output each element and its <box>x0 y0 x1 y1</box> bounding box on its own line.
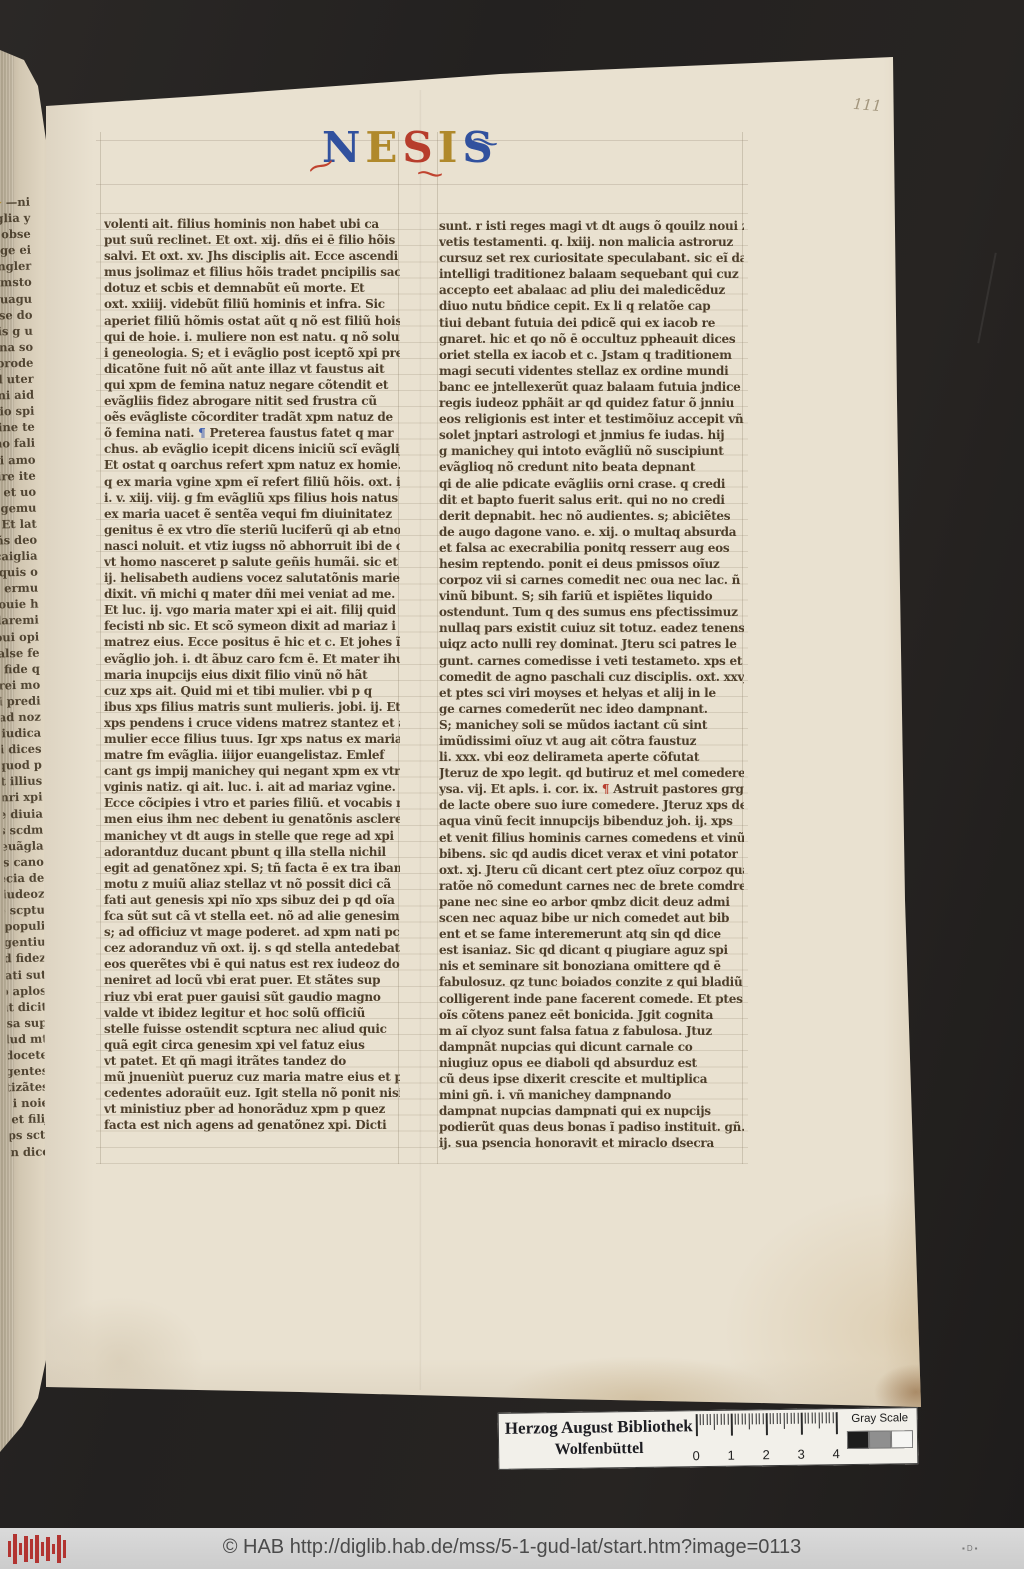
ruling-line-vertical <box>100 132 101 1164</box>
text-line: chus. ab evãglio icepit dicens iniciũ sc… <box>104 441 400 457</box>
text-line: g manichey qui intoto evãgliũ nõ suscipi… <box>439 443 744 459</box>
text-line: vinũ bibunt. S; sih fariũ et ispiẽtes li… <box>439 588 744 604</box>
ruler-number: 3 <box>798 1447 805 1462</box>
ruler-tick <box>787 1413 788 1424</box>
text-line: derit depnabit. hec nõ audientes. s; abi… <box>439 508 744 524</box>
text-line: dixit. vñ michi q mater dñi mei veniat a… <box>104 586 400 602</box>
text-line: dicatõne fuit nõ aũt ante illaz vt faust… <box>104 361 400 377</box>
text-line: evãgliis fidez abrogare nitit sed frustr… <box>104 393 400 409</box>
text-line: iglio obse <box>0 226 31 243</box>
text-line: xps pendens i cruce videns matrez stante… <box>104 715 400 731</box>
gray-swatch <box>891 1430 913 1448</box>
text-line: et falsa ac execrabilia ponitq resserr a… <box>439 540 744 556</box>
text-line: admire ite <box>0 467 36 484</box>
ruler-tick <box>801 1413 803 1435</box>
manuscript-page: ⁓ ⁓ ⁓ NESIS 111 volenti ait. filius homi… <box>0 0 940 1430</box>
text-line: m aĩ clyoz sunt falsa fatua z fabulosa. … <box>439 1023 744 1039</box>
text-line: nasci noluit. et vtiz iugss nõ abhorruit… <box>104 538 400 554</box>
ruler-tick <box>766 1413 768 1435</box>
text-line: nao quis o <box>0 564 38 581</box>
text-line: genitus ē ex vtro dĩe steriũ luciferũ qi… <box>104 522 400 538</box>
text-line: Jteruz de xpo legit. qd butiruz et mel c… <box>439 765 744 781</box>
cm-ruler: 01234 <box>696 1412 847 1463</box>
text-line: o cuangler <box>0 258 32 275</box>
text-line: de lacte obere suo iure comedere. Jteruz… <box>439 797 744 813</box>
text-line: oxt. xxiiij. videbũt filiũ hominis et in… <box>104 296 400 312</box>
text-line: valde vt ibidez legitur et hoc solũ offi… <box>104 1005 400 1021</box>
text-line: fabulosuz. qz tunc boiados conzite z qui… <box>439 974 744 990</box>
text-line: accepto eet abalaac ad pliu dei maledicẽ… <box>439 282 744 298</box>
text-line: evãglio joh. i. dt ãbuz caro fcm ē. Et m… <box>104 651 400 667</box>
pen-flourish: ⁓ <box>414 148 446 199</box>
ruler-tick <box>734 1414 735 1425</box>
ruler-tick <box>713 1414 714 1430</box>
text-line: ns scdm <box>3 821 43 838</box>
text-line: ii dñs deo <box>0 532 37 549</box>
text-line: s ecia de <box>4 869 44 886</box>
text-line: etiã gentiu <box>5 934 45 951</box>
text-line: uocati sut <box>6 966 46 983</box>
text-line: tiui debant futuia dei pdicẽ qui ex iaco… <box>439 315 744 331</box>
gray-scale-swatches <box>847 1430 913 1449</box>
text-line: cez adoranduz vñ oxt. ij. s qd stella an… <box>104 940 400 956</box>
text-line: vt patet. Et qñ magi itrãtes tandez do <box>104 1053 400 1069</box>
text-line: Et luc. ij. vgo maria mater xpi ei ait. … <box>104 602 400 618</box>
text-line: mi predi <box>0 692 40 709</box>
text-line: Et ostat q oarchus refert xpm natuz ex h… <box>104 457 400 473</box>
text-line: ratõe nõ comedunt carnes nec de brete co… <box>439 878 744 894</box>
text-line: Ecce cõcipies i vtro et paries filiũ. et… <box>104 795 400 811</box>
text-line: cuz xps ait. Quid mi et tibi mulier. vbi… <box>104 683 400 699</box>
text-line: scen nec aquaz bibe ur nich comedet aut … <box>439 910 744 926</box>
ruler-tick <box>703 1414 704 1425</box>
ruler-tick <box>710 1414 711 1425</box>
text-line: z et illius <box>2 773 42 790</box>
text-line: et ptes sci viri moyses et helyas et ali… <box>439 685 744 701</box>
ruler-tick <box>773 1413 774 1424</box>
ruler-tick <box>825 1412 826 1423</box>
text-line: eos i noie <box>9 1095 49 1112</box>
text-line: et venit filius hominis carnes comedens … <box>439 830 744 846</box>
text-line: amen dico <box>10 1143 50 1160</box>
text-line: hesim reptendo. ponit ei deus pmissos oĩ… <box>439 556 744 572</box>
text-line: oxt. xj. Jteru cũ dicant cert ptez oĩuz … <box>439 862 744 878</box>
text-line: adorantduz ducant pbunt q illa stella ni… <box>104 844 400 860</box>
text-line: ne diuia <box>3 805 43 822</box>
ruler-tick <box>727 1414 728 1425</box>
ruler-tick <box>822 1412 823 1423</box>
folio-number: 111 <box>852 95 882 115</box>
running-title-nesis: ⁓ ⁓ ⁓ NESIS <box>322 124 498 172</box>
text-line: colligerent inde pane facerent comede. E… <box>439 991 744 1007</box>
gray-scale-label: Gray Scale <box>847 1411 913 1427</box>
text-line: o pi dices <box>1 741 41 758</box>
text-line: o nani aid <box>0 387 34 404</box>
text-column-1: volenti ait. filius hominis non habet ub… <box>104 216 400 1133</box>
ruler-tick <box>797 1413 798 1424</box>
ruler-tick <box>748 1413 749 1429</box>
text-line: aqua vinũ fecit innupcijs bibenduz joh. … <box>439 813 744 829</box>
text-line: õ femina nati. ¶ Preterea faustus fatet … <box>104 425 400 441</box>
text-line: dit et bapto fuerit salus erit. qui no n… <box>439 492 744 508</box>
text-line: ii caiglia <box>0 548 38 565</box>
text-line: put suũ reclinet. Et oxt. xij. dñs ei ē … <box>104 232 400 248</box>
gray-swatch <box>869 1430 891 1448</box>
text-line: pris et filij <box>9 1111 49 1128</box>
text-line: baptizãtes <box>8 1079 48 1096</box>
text-line: uiqz acto nulli rey dominat. Jteru sci p… <box>439 636 744 652</box>
text-line: ge carnes comederũt nec ideo dampnant. <box>439 701 744 717</box>
text-line: dotuz et scbis et demnabũt eũ morte. Et <box>104 280 400 296</box>
text-line: regis iudeoz pphãit ar qd quidez fatur õ… <box>439 395 744 411</box>
text-line: dema se do <box>0 306 33 323</box>
text-line: S; manichey soli se mũdos iactant cũ sin… <box>439 717 744 733</box>
ruler-tick <box>731 1414 733 1436</box>
text-line: evãglioq nõ credunt nito beata depnant <box>439 459 744 475</box>
text-line: manichey vt dt augs in stelle que rege a… <box>104 828 400 844</box>
text-line: qui xpm de femina natuz negare cõtendit … <box>104 377 400 393</box>
ruler-number: 1 <box>728 1448 735 1463</box>
text-line: is ub cuagu <box>0 290 32 307</box>
text-line: oĩs cõtens panez eēt bonicida. Jgit cogn… <box>439 1007 744 1023</box>
text-line: cũ deus ipse dixerit crescite et multipl… <box>439 1071 744 1087</box>
ruler-tick <box>776 1413 777 1424</box>
gutter-margin-text: ni— ⁓z diuglia yiglio obsete quige eio c… <box>0 194 50 1160</box>
ruler-tick <box>741 1414 742 1425</box>
text-line: niugiuz opus ee diaboli qd absurduz est <box>439 1055 744 1071</box>
text-line: ex maria uacet ẽ sentẽa vequi fm diuinit… <box>104 506 400 522</box>
text-line: mulier ecce filius tuus. Igr xps natus e… <box>104 731 400 747</box>
text-line: dia q prode <box>0 355 34 372</box>
ruler-tick <box>818 1412 819 1428</box>
text-line: i. v. xiij. viij. g fm evãgliũ xps filiu… <box>104 490 400 506</box>
text-line: oẽs gentes <box>8 1063 48 1080</box>
ruler-tick <box>790 1413 791 1424</box>
text-line: volenti ait. filius hominis non habet ub… <box>104 216 400 232</box>
text-line: iis cano <box>4 853 44 870</box>
text-line: gnaret. hic et qo nõ ē occultuz ppheauit… <box>439 331 744 347</box>
text-line: ut dicit <box>7 998 47 1015</box>
text-line: ent et se fame interemerunt atq sin qd d… <box>439 926 744 942</box>
text-line: imũdissimi oĩuz vt aug ait cõtra faustuz <box>439 733 744 749</box>
text-line: fien et uo <box>0 483 36 500</box>
copyright-url: © HAB http://diglib.hab.de/mss/5-1-gud-l… <box>0 1536 1024 1559</box>
text-line: gunt. carnes comedisse i veti testameto.… <box>439 653 744 669</box>
text-line: s lamo fali <box>0 435 35 452</box>
text-line: te quige ei <box>0 242 31 259</box>
ruler-tick <box>755 1413 756 1424</box>
text-line: ni— ⁓ <box>0 194 30 211</box>
digitized-manuscript-photo: ni— ⁓z diuglia yiglio obsete quige eio c… <box>0 0 1024 1569</box>
text-line: vt homo nasceret p salute geñis humãi. s… <box>104 554 400 570</box>
text-line: e iudeoz <box>4 886 44 903</box>
running-title-letter: E <box>365 123 402 172</box>
text-line: amēi amo <box>0 451 36 468</box>
footer-bar: © HAB http://diglib.hab.de/mss/5-1-gud-l… <box>0 1528 1024 1569</box>
text-line: vt ministiuz pber ad honorãduz xpm p que… <box>104 1101 400 1117</box>
ruler-tick <box>762 1413 763 1424</box>
text-line: q ex maria vgine xpm eĩ refert filiũ hõi… <box>104 474 400 490</box>
institution-name: Herzog August Bibliothek <box>504 1415 694 1440</box>
text-line: ysa. vij. Et apls. i. cor. ix. ¶ Astruit… <box>439 781 744 797</box>
gray-scale-block: Gray Scale <box>847 1411 914 1449</box>
ruler-number: 0 <box>693 1448 700 1463</box>
text-line: matre fm evãglia. iiijor euangelistaz. E… <box>104 747 400 763</box>
ruler-tick <box>720 1414 721 1425</box>
text-line: solet jnptari astrologi et jnmius fe iud… <box>439 427 744 443</box>
text-line: s ad fidez <box>6 950 46 967</box>
text-line: i geneologia. S; et i evãglio post icept… <box>104 345 400 361</box>
ruler-tick <box>829 1412 830 1423</box>
text-line: matrez eius. Ecce positus ē hic et c. Et… <box>104 634 400 650</box>
ruler-tick <box>699 1414 700 1425</box>
text-line: z aliud uter <box>0 371 34 388</box>
ruler-tick <box>832 1412 833 1423</box>
text-line: ite scptu <box>5 902 45 919</box>
text-line: facta est nich agens ad genatõnez xpi. D… <box>104 1117 400 1133</box>
text-line: lu mio spi <box>0 403 35 420</box>
text-line: nis et seminare sit bonoziana omittere q… <box>439 958 744 974</box>
backdrop-scratch <box>977 253 997 344</box>
color-calibration-card: Herzog August Bibliothek Wolfenbüttel 01… <box>498 1407 919 1470</box>
ruler-tick <box>745 1413 746 1424</box>
text-line: cursuz set rex curiositate speculabant. … <box>439 250 744 266</box>
ruler-number: 2 <box>763 1447 770 1462</box>
text-line: vginis natiz. qi ait. luc. i. ait ad mar… <box>104 779 400 795</box>
text-line: intelligi traditionez balaam sequebant q… <box>439 266 744 282</box>
text-line: ij. sua psencia honoravit et miraclo dse… <box>439 1135 744 1151</box>
text-line: ij. helisabeth audiens vocez salutatõnis… <box>104 570 400 586</box>
institution-label: Herzog August Bibliothek Wolfenbüttel <box>504 1415 695 1462</box>
text-line: est isaniaz. Sic qd dicant q piugiare ag… <box>439 942 744 958</box>
text-line: illud mt ¶ <box>7 1030 47 1047</box>
text-line: podierũt quas deus bonas ĩ padiso instit… <box>439 1119 744 1135</box>
text-line: de augo dagone vano. e. xij. o multaq ab… <box>439 524 744 540</box>
ruler-tick <box>706 1414 707 1425</box>
text-line: z. Et lat <box>0 515 37 532</box>
text-line: li. xxx. vbi eoz delirameta aperte cõfut… <box>439 749 744 765</box>
text-line: e uouie h <box>0 596 39 613</box>
text-line: comedit de agno paschali cuz disciplis. … <box>439 669 744 685</box>
text-line: natu ermu <box>0 580 38 597</box>
ruler-tick <box>759 1413 760 1424</box>
text-line: diuo nutu bñdice cepit. Ex li q relatõe … <box>439 298 744 314</box>
text-line: bibens. sic qd audis dicet verax et vini… <box>439 846 744 862</box>
text-line: rr uine te <box>0 419 35 436</box>
text-line: daremi <box>0 612 39 629</box>
text-line: z nademsto <box>0 274 32 291</box>
ruler-tick <box>836 1412 838 1434</box>
ruler-tick <box>804 1413 805 1424</box>
text-line: fca sũt sut cã vt stella eet. nõ ad alie… <box>104 908 400 924</box>
text-line: r false fe <box>0 644 40 661</box>
text-line: men eius ihm nec debent iu genatõnis asc… <box>104 811 400 827</box>
text-column-2: sunt. r isti reges magi vt dt augs õ qou… <box>439 218 744 1151</box>
text-line: ma fide q <box>0 660 40 677</box>
text-line: et sps scti <box>9 1127 49 1144</box>
ruler-tick <box>811 1413 812 1424</box>
ruler-tick <box>769 1413 770 1424</box>
text-line: magi secuti videntes stellaz ex ordine m… <box>439 363 744 379</box>
text-line: fati aut genesis xpi nĩo xps sibuz dei p… <box>104 892 400 908</box>
ruler-tick <box>783 1413 784 1429</box>
text-line: i fen bina so <box>0 338 33 355</box>
text-line: oẽs evãgliste cõcorditer tradãt xpm natu… <box>104 409 400 425</box>
text-line: s; ad officiuz vt mage poderet. ad xpm n… <box>104 924 400 940</box>
ruler-tick <box>724 1414 725 1425</box>
text-line: qz iudica <box>1 725 41 742</box>
gray-swatch <box>847 1431 869 1449</box>
text-line: pane nec sine eo arbor qmbz dicit deuz a… <box>439 894 744 910</box>
text-line: mus jsolimaz et filius hõis tradet pncip… <box>104 264 400 280</box>
text-line: mr quod p <box>2 757 42 774</box>
text-line: cant gs impij manichey qui negant xpm ex… <box>104 763 400 779</box>
text-line: us ad noz <box>1 709 41 726</box>
frame-marker: ▪D▪ <box>962 1544 979 1553</box>
ruler-tick <box>808 1413 809 1424</box>
text-line: maria inupcijs eius dixit filio vinũ nõ … <box>104 667 400 683</box>
text-line: qi de alie pdicate evãgliis orni crase. … <box>439 476 744 492</box>
text-line: sunt. r isti reges magi vt dt augs õ qou… <box>439 218 744 234</box>
ruler-tick <box>717 1414 718 1425</box>
text-line: vetis testamenti. q. lxiij. non malicia … <box>439 234 744 250</box>
text-line: z diuglia y <box>0 210 31 227</box>
text-line: riuz vbi erat puer gauisi sũt gaudio mag… <box>104 989 400 1005</box>
text-line: nullaq pars existit cuiuz sit totuz. ead… <box>439 620 744 636</box>
text-line: glosa sup <box>7 1014 47 1031</box>
text-line: ibui opi <box>0 628 39 645</box>
text-line: stelle fuisse ostendit scptura nec aliud… <box>104 1021 400 1037</box>
ruler-tick <box>780 1413 781 1424</box>
text-line: ui euãgla <box>3 837 43 854</box>
text-line: corpoz vii si carnes comedit nec oua nec… <box>439 572 744 588</box>
text-line: banc ee jntellexerũt quaz balaam futuia … <box>439 379 744 395</box>
text-line: motu z muiũ aliaz stellaz vt nõ possit d… <box>104 876 400 892</box>
text-line: oriet stella ex iacob et c. Jstam q trad… <box>439 347 744 363</box>
text-line: s nri xpi ¶ <box>2 789 42 806</box>
text-line: fecisti nb sic. Et scõ symeon dixit ad m… <box>104 618 400 634</box>
ruler-tick <box>752 1413 753 1424</box>
text-line: neniret ad locũ vbi erat puer. Et stãtes… <box>104 972 400 988</box>
ruling-line-vertical <box>437 132 438 1164</box>
ruler-tick <box>738 1414 739 1425</box>
text-line: mũ jnueniùt pueruz cuz maria matre eius … <box>104 1069 400 1085</box>
text-line: egit ad genatõnez xpi. S; tñ facta ē ex … <box>104 860 400 876</box>
text-line: aperiet filiũ hõmis ostat aũt q nõ est f… <box>104 313 400 329</box>
text-line: ostendunt. Tum q des sumus ens pfectissi… <box>439 604 744 620</box>
text-line: cedentes adoraūit euz. Igit stella nõ po… <box>104 1085 400 1101</box>
text-line: eos religionis est inter et testimõiuz a… <box>439 411 744 427</box>
text-line: aut gemu <box>0 499 37 516</box>
ruler-tick <box>696 1414 698 1436</box>
text-line: quã egit circa genesim xpi vel fatuz eiu… <box>104 1037 400 1053</box>
ruler-tick <box>815 1412 816 1423</box>
text-line: eos querẽtes vbi ē qui natus est rex iud… <box>104 956 400 972</box>
text-line: ibus xps filius matris sunt mulieris. jo… <box>104 699 400 715</box>
text-line: salvi. Et oxt. xv. Jhs disciplis ait. Ec… <box>104 248 400 264</box>
institution-city: Wolfenbüttel <box>504 1437 694 1462</box>
text-line: ite docete ¶ <box>8 1046 48 1063</box>
ruler-tick <box>794 1413 795 1424</box>
text-line: uio his g u <box>0 322 33 339</box>
text-line: mini gñ. i. vñ manichey dampnando <box>439 1087 744 1103</box>
text-line: dampnãt nupcias qui dicunt carnale co <box>439 1039 744 1055</box>
text-line: dampnat nupcias dampnati qui ex nupcijs <box>439 1103 744 1119</box>
ruler-number: 4 <box>833 1446 840 1461</box>
text-line: z populi <box>5 918 45 935</box>
text-line: p aplos <box>6 982 46 999</box>
text-line: qui de hoie. i. muliere non est natu. q … <box>104 329 400 345</box>
text-line: as frei mo <box>0 676 40 693</box>
